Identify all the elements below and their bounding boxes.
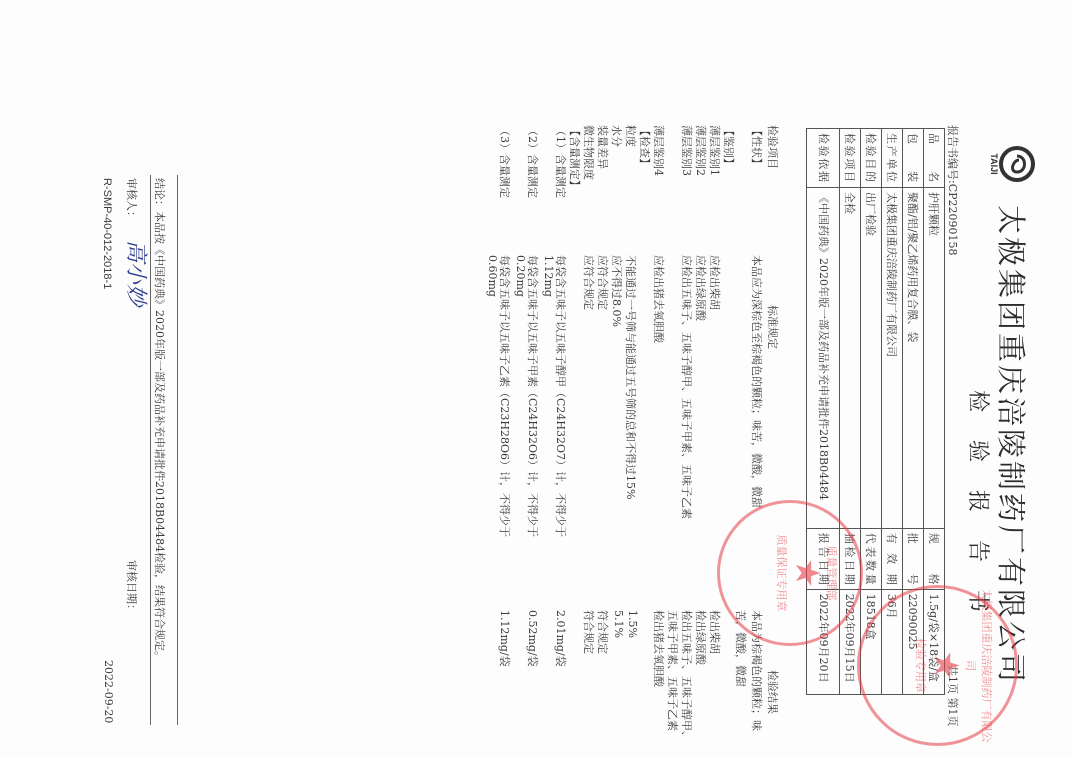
result-standard: 应符合规定 (581, 255, 597, 310)
info-label2: 规 格 (924, 528, 945, 589)
info-value: 护肝颗粒 (924, 188, 945, 529)
info-value: 聚酯/铝/聚乙烯药用复合膜、袋 (903, 188, 924, 529)
header-result: 检验结果 (765, 670, 781, 714)
result-standard: 本品应为深棕色至棕褐色的颗粒；味苦，微酸，微甜 (749, 255, 765, 508)
info-label2: 代表数量 (861, 528, 882, 589)
inspection-report-page: TAIJI 太极集团重庆涪陵制药厂有限公司 检验报告书 报告书编号:CP2209… (0, 0, 1073, 758)
result-row: 【性状】本品应为深棕色至棕褐色的颗粒；味苦，微酸，微甜本品为棕褐色的颗粒；味苦，… (751, 125, 765, 745)
result-row (737, 125, 751, 745)
info-label: 检验依据 (807, 129, 840, 188)
result-standard: 应符合规定 (595, 255, 611, 310)
result-standard: 应检出猪去氧胆酸 (651, 255, 667, 343)
taiji-logo-icon: TAIJI (989, 138, 1035, 190)
inspection-stamp: 太极集团重庆涪陵制药厂有限公司 ★ 检验专用章 (857, 585, 1018, 746)
result-item: 粒度 (623, 125, 639, 147)
info-label: 生产单位 (882, 129, 903, 188)
result-result: 5.1% (612, 610, 625, 638)
result-item: （2）含量测定 (525, 125, 541, 198)
reviewer-label: 审核人： (124, 178, 140, 222)
result-standard: 每袋含五味子以五味子醇甲（C24H32O7）计，不得少于 (553, 255, 569, 537)
stamp-top-text: 太极集团重庆涪陵制药厂有限公司 (963, 588, 995, 743)
result-standard: 不能通过一号筛与能通过五号筛的总和不得过15% (623, 255, 639, 499)
result-item: 【鉴别】 (721, 125, 737, 169)
info-label2: 批 号 (903, 528, 924, 589)
result-item: 【含量测定】 (567, 125, 583, 191)
stamp-bottom-text: 质量保证专用章 (774, 503, 790, 643)
result-result: 符合规定 (581, 610, 597, 654)
info-label: 品 名 (924, 129, 945, 188)
result-row: 1.12mg (541, 125, 555, 745)
result-row: 0.60mg (485, 125, 499, 745)
divider-top (177, 175, 178, 725)
stamp-star-icon: ★ (929, 588, 963, 743)
result-result: 0.52mg/袋 (525, 610, 541, 667)
info-value: 全检 (840, 188, 861, 529)
result-result: 1.5% (626, 610, 639, 638)
result-result: 1.12mg/袋 (497, 610, 513, 667)
result-result: 符合规定 (595, 610, 611, 654)
result-row: 粒度不能通过一号筛与能通过五号筛的总和不得过15%1.5% (625, 125, 639, 745)
result-item: 薄层鉴别1 (707, 125, 723, 176)
header-item: 检验项目 (765, 125, 781, 169)
svg-text:TAIJI: TAIJI (989, 153, 999, 174)
result-item: （3）含量测定 (497, 125, 513, 198)
result-row: 薄层鉴别2应检出绿原酸检出绿原酸 (695, 125, 709, 745)
review-date: 2022-09-20 (102, 660, 115, 723)
result-row: 【鉴别】 (723, 125, 737, 745)
result-row: 装量差异应符合规定符合规定 (597, 125, 611, 745)
info-label: 检验目的 (861, 129, 882, 188)
result-result: 检出猪去氧胆酸 (651, 610, 667, 687)
info-value: 《中国药典》2020年版一部及药品补充申请批件2018B04484 (807, 188, 840, 529)
review-date-label: 审核日期： (124, 560, 140, 615)
reviewer-signature: 高小妙 (122, 240, 153, 306)
info-value: 太极集团重庆涪陵制药厂有限公司 (882, 188, 903, 529)
info-label: 检验项目 (840, 129, 861, 188)
result-item: 水分 (609, 125, 625, 147)
result-row: 【含量测定】 (569, 125, 583, 745)
result-standard: 0.20mg (514, 255, 527, 297)
result-standard: 应检出柴胡 (707, 255, 723, 310)
conclusion: 结论：本品按《中国药典》2020年版一部及药品补充申请批件2018B04484检… (152, 178, 168, 662)
result-row: （1）含量测定每袋含五味子以五味子醇甲（C24H32O7）计，不得少于2.01m… (555, 125, 569, 745)
result-item: 微生物限度 (581, 125, 597, 180)
result-row: 薄层鉴别1应检出柴胡检出柴胡 (709, 125, 723, 745)
result-standard: 1.12mg (542, 255, 555, 297)
quality-stamp: 质量管理部 ★ 质量保证专用章 (717, 500, 863, 646)
result-standard: 应检出五味子、五味子醇甲、五味子甲素、五味子乙素 (679, 255, 695, 519)
result-result: 检出柴胡 (707, 610, 723, 654)
form-code: R-SMP-40-012-2018-1 (101, 178, 113, 289)
result-item: 【检查】 (637, 125, 653, 169)
result-standard: 应检出绿原酸 (693, 255, 709, 321)
result-row: 微生物限度应符合规定符合规定 (583, 125, 597, 745)
result-item: 薄层鉴别2 (693, 125, 709, 176)
result-row: 水分应不得过8.0%5.1% (611, 125, 625, 745)
results-header: 检验项目 标准规定 检验结果 (767, 125, 781, 745)
info-label: 包 装 (903, 129, 924, 188)
result-item: 薄层鉴别3 (679, 125, 695, 176)
info-value: 出厂检验 (861, 188, 882, 529)
header-standard: 标准规定 (765, 305, 781, 349)
result-result: 检出绿原酸 (693, 610, 709, 665)
result-row: （2）含量测定每袋含五味子以五味子甲素（C24H32O6）计，不得少于0.52m… (527, 125, 541, 745)
result-row: 薄层鉴别3应检出五味子、五味子醇甲、五味子甲素、五味子乙素检出五味子、五味子醇甲… (681, 125, 695, 745)
report-number: 报告书编号:CP22090158 (945, 125, 961, 256)
result-item: 薄层鉴别4 (651, 125, 667, 176)
result-standard: 应不得过8.0% (609, 255, 625, 327)
result-result: 2.01mg/袋 (553, 610, 569, 667)
stamp-star-icon: ★ (790, 503, 824, 643)
result-standard: 每袋含五味子以五味子乙素（C23H28O6）计，不得少于 (497, 255, 513, 537)
result-row: （3）含量测定每袋含五味子以五味子乙素（C23H28O6）计，不得少于1.12m… (499, 125, 513, 745)
result-item: 装量差异 (595, 125, 611, 169)
result-item: 【性状】 (749, 125, 765, 169)
result-row: 【检查】 (639, 125, 653, 745)
result-standard: 0.60mg (486, 255, 499, 297)
result-row: 五味子甲素、五味子乙素 (667, 125, 681, 745)
result-result: 五味子甲素、五味子乙素 (665, 610, 681, 731)
result-row: 0.20mg (513, 125, 527, 745)
result-result: 检出五味子、五味子醇甲、 (679, 610, 695, 742)
result-item: （1）含量测定 (553, 125, 569, 198)
result-row: 薄层鉴别4应检出猪去氧胆酸检出猪去氧胆酸 (653, 125, 667, 745)
info-label2: 有 效 期 (882, 528, 903, 589)
results-section: 检验项目 标准规定 检验结果 【性状】本品应为深棕色至棕褐色的颗粒；味苦，微酸，… (485, 125, 781, 745)
result-standard: 每袋含五味子以五味子甲素（C24H32O6）计，不得少于 (525, 255, 541, 537)
stamp-bottom-text: 检验专用章 (913, 588, 929, 743)
